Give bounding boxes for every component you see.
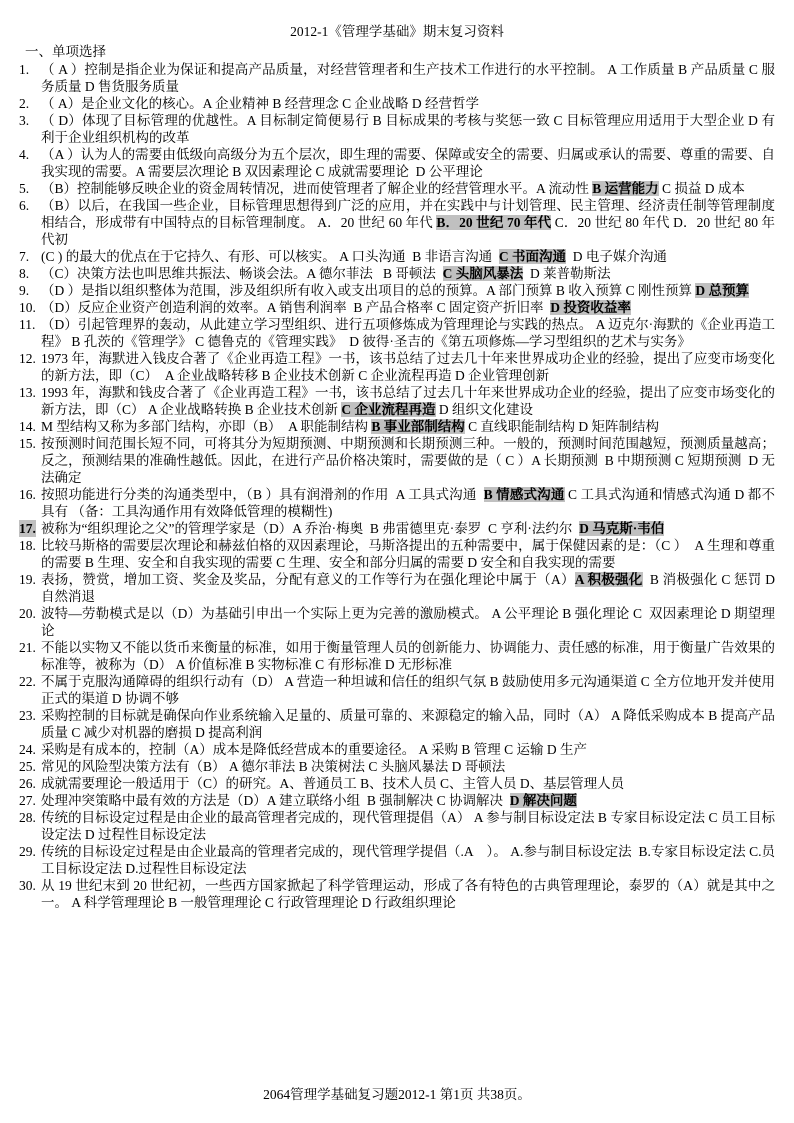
question-text: （B）以后，在我国一些企业，目标管理思想得到广泛的应用，并在实践中与计划管理、民… — [41, 198, 775, 247]
question-text: 不属于克服沟通障碍的组织行动有（D） A 营造一种坦诚和信任的组织气氛 B 鼓励… — [41, 674, 775, 706]
question-text-segment: D 莱普勒斯法 — [523, 266, 610, 281]
question-text: 比较马斯格的需要层次理论和赫兹伯格的双因素理论，马斯洛提出的五种需要中，属于保健… — [41, 538, 775, 570]
question-text-segment: （B）控制能够反映企业的资金周转情况，进而使管理者了解企业的经营管理水平。A 流… — [41, 181, 592, 196]
question-text: 传统的目标设定过程是由企业的最高管理者完成的，现代管理提倡（A） A 参与制目标… — [41, 810, 775, 842]
question-item: 25.常见的风险型决策方法有（B） A 德尔菲法 B 决策树法 C 头脑风暴法 … — [19, 758, 775, 775]
question-text-segment: 处理冲突策略中最有效的方法是（D）A 建立联络小组 B 强制解决 C 协调解决 — [41, 793, 510, 808]
question-text: 常见的风险型决策方法有（B） A 德尔菲法 B 决策树法 C 头脑风暴法 D 哥… — [41, 759, 505, 774]
question-text-segment: M 型结构又称为多部门结构，亦即（B） A 职能制结构 — [41, 419, 371, 434]
question-text-segment: 按预测时间范围长短不同，可将其分为短期预测、中期预测和长期预测三种。一般的，预测… — [41, 436, 775, 485]
question-item: 17.被称为“组织理论之父”的管理学家是（D）A 乔治·梅奥 B 弗雷德里克·泰… — [19, 520, 775, 537]
question-number: 16. — [19, 486, 36, 503]
question-item: 21.不能以实物又不能以货币来衡量的标准，如用于衡量管理人员的创新能力、协调能力… — [19, 639, 775, 673]
question-text-segment: 按照功能进行分类的沟通类型中，（B ）具有润滑剂的作用 A 工具式沟通 — [41, 487, 484, 502]
question-item: 7.(C ) 的最大的优点在于它持久、有形、可以核实。 A 口头沟通 B 非语言… — [19, 248, 775, 265]
question-text: （D ）是指以组织整体为范围，涉及组织所有收入或支出项目的总的预算。A 部门预算… — [41, 283, 749, 298]
question-number: 18. — [19, 537, 36, 554]
question-number: 4. — [19, 146, 29, 163]
question-number: 24. — [19, 741, 36, 758]
question-item: 20.波特—劳勒模式是以（D）为基础引申出一个实际上更为完善的激励模式。 A 公… — [19, 605, 775, 639]
question-text: （ D）体现了目标管理的优越性。A 目标制定简便易行 B 目标成果的考核与奖惩一… — [41, 113, 775, 145]
question-number: 15. — [19, 435, 36, 452]
highlighted-answer: B 事业部制结构 — [371, 419, 464, 434]
question-text-segment: 常见的风险型决策方法有（B） A 德尔菲法 B 决策树法 C 头脑风暴法 D 哥… — [41, 759, 505, 774]
highlighted-answer: C 企业流程再造 — [341, 402, 435, 417]
question-number: 5. — [19, 180, 29, 197]
question-item: 19.表扬，赞赏，增加工资、奖金及奖品，分配有意义的工作等行为在强化理论中属于（… — [19, 571, 775, 605]
question-text-segment: （ A）是企业文化的核心。A 企业精神 B 经营理念 C 企业战略 D 经营哲学 — [41, 96, 479, 111]
question-number: 9. — [19, 282, 29, 299]
question-item: 14.M 型结构又称为多部门结构，亦即（B） A 职能制结构 B 事业部制结构 … — [19, 418, 775, 435]
highlighted-answer: D 解决问题 — [510, 793, 577, 808]
question-text: 波特—劳勒模式是以（D）为基础引申出一个实际上更为完善的激励模式。 A 公平理论… — [41, 606, 775, 638]
question-number: 21. — [19, 639, 36, 656]
question-text: 采购控制的目标就是确保向作业系统输入足量的、质量可靠的、来源稳定的输入品，同时（… — [41, 708, 775, 740]
question-number: 13. — [19, 384, 36, 401]
question-text-segment: 不能以实物又不能以货币来衡量的标准，如用于衡量管理人员的创新能力、协调能力、责任… — [41, 640, 775, 672]
question-text-segment: C 直线职能制结构 D 矩阵制结构 — [465, 419, 659, 434]
question-text-segment: 传统的目标设定过程是由企业的最高管理者完成的，现代管理提倡（A） A 参与制目标… — [41, 810, 775, 842]
question-text: （ A ）控制是指企业为保证和提高产品质量，对经营管理者和生产技术工作进行的水平… — [41, 62, 775, 94]
question-text-segment: 采购是有成本的，控制（A）成本是降低经营成本的重要途径。 A 采购 B 管理 C… — [41, 742, 587, 757]
question-item: 8.（C）决策方法也叫思维共振法、畅谈会法。A 德尔菲法 B 哥顿法 C 头脑风… — [19, 265, 775, 282]
question-text: 从 19 世纪末到 20 世纪初，一些西方国家掀起了科学管理运动，形成了各有特色… — [41, 878, 775, 910]
question-text: 采购是有成本的，控制（A）成本是降低经营成本的重要途径。 A 采购 B 管理 C… — [41, 742, 587, 757]
question-item: 1.（ A ）控制是指企业为保证和提高产品质量，对经营管理者和生产技术工作进行的… — [19, 61, 775, 95]
question-text-segment: （D）反应企业资产创造利润的效率。A 销售利润率 B 产品合格率 C 固定资产折… — [41, 300, 550, 315]
question-text-segment: 被称为“组织理论之父”的管理学家是（D）A 乔治·梅奥 B 弗雷德里克·泰罗 C… — [41, 521, 579, 536]
question-item: 23.采购控制的目标就是确保向作业系统输入足量的、质量可靠的、来源稳定的输入品，… — [19, 707, 775, 741]
question-text-segment: 从 19 世纪末到 20 世纪初，一些西方国家掀起了科学管理运动，形成了各有特色… — [41, 878, 775, 910]
highlighted-answer: D 马克斯·韦伯 — [579, 521, 664, 536]
question-text-segment: (C ) 的最大的优点在于它持久、有形、可以核实。 A 口头沟通 B 非语言沟通 — [41, 249, 499, 264]
question-number: 1. — [19, 61, 29, 78]
question-number: 11. — [19, 316, 35, 333]
highlighted-answer: C 书面沟通 — [499, 249, 566, 264]
question-number: 22. — [19, 673, 36, 690]
question-number: 8. — [19, 265, 29, 282]
question-item: 15.按预测时间范围长短不同，可将其分为短期预测、中期预测和长期预测三种。一般的… — [19, 435, 775, 486]
question-number: 2. — [19, 95, 29, 112]
document-page: 2012-1《管理学基础》期末复习资料 一、单项选择 1.（ A ）控制是指企业… — [0, 0, 794, 1123]
question-text: 1973 年，海默进入钱皮合著了《企业再造工程》一书，该书总结了过去几十年来世界… — [41, 351, 775, 383]
question-number: 28. — [19, 809, 36, 826]
question-text: 按预测时间范围长短不同，可将其分为短期预测、中期预测和长期预测三种。一般的，预测… — [41, 436, 775, 485]
question-text-segment: 成就需要理论一般适用于（C）的研究。A、普通员工 B、技术人员 C、主管人员 D… — [41, 776, 624, 791]
question-text-segment: 传统的目标设定过程是由企业最高的管理者完成的，现代管理学提倡（.A ）。 A.参… — [41, 844, 775, 876]
question-item: 24.采购是有成本的，控制（A）成本是降低经营成本的重要途径。 A 采购 B 管… — [19, 741, 775, 758]
question-item: 16.按照功能进行分类的沟通类型中，（B ）具有润滑剂的作用 A 工具式沟通 B… — [19, 486, 775, 520]
question-text-segment: 波特—劳勒模式是以（D）为基础引申出一个实际上更为完善的激励模式。 A 公平理论… — [41, 606, 775, 638]
section-heading: 一、单项选择 — [25, 43, 775, 60]
question-text-segment: （C）决策方法也叫思维共振法、畅谈会法。A 德尔菲法 B 哥顿法 — [41, 266, 443, 281]
question-text: 成就需要理论一般适用于（C）的研究。A、普通员工 B、技术人员 C、主管人员 D… — [41, 776, 624, 791]
question-item: 9.（D ）是指以组织整体为范围，涉及组织所有收入或支出项目的总的预算。A 部门… — [19, 282, 775, 299]
question-item: 22.不属于克服沟通障碍的组织行动有（D） A 营造一种坦诚和信任的组织气氛 B… — [19, 673, 775, 707]
question-item: 5.（B）控制能够反映企业的资金周转情况，进而使管理者了解企业的经营管理水平。A… — [19, 180, 775, 197]
question-number: 30. — [19, 877, 36, 894]
question-text-segment: （A ）认为人的需要由低级向高级分为五个层次，即生理的需要、保障或安全的需要、归… — [41, 147, 775, 179]
question-number: 10. — [19, 299, 36, 316]
question-item: 29.传统的目标设定过程是由企业最高的管理者完成的，现代管理学提倡（.A ）。 … — [19, 843, 775, 877]
question-item: 3.（ D）体现了目标管理的优越性。A 目标制定简便易行 B 目标成果的考核与奖… — [19, 112, 775, 146]
question-text: 1993 年，海默和钱皮合著了《企业再造工程》一书，该书总结了过去几十年来世界成… — [41, 385, 775, 417]
question-text: 传统的目标设定过程是由企业最高的管理者完成的，现代管理学提倡（.A ）。 A.参… — [41, 844, 775, 876]
question-number: 3. — [19, 112, 29, 129]
question-list: 1.（ A ）控制是指企业为保证和提高产品质量，对经营管理者和生产技术工作进行的… — [19, 61, 775, 911]
question-item: 28.传统的目标设定过程是由企业的最高管理者完成的，现代管理提倡（A） A 参与… — [19, 809, 775, 843]
question-number: 29. — [19, 843, 36, 860]
question-text-segment: 不属于克服沟通障碍的组织行动有（D） A 营造一种坦诚和信任的组织气氛 B 鼓励… — [41, 674, 775, 706]
highlighted-answer: C 头脑风暴法 — [443, 266, 524, 281]
question-item: 4.（A ）认为人的需要由低级向高级分为五个层次，即生理的需要、保障或安全的需要… — [19, 146, 775, 180]
question-text: （A ）认为人的需要由低级向高级分为五个层次，即生理的需要、保障或安全的需要、归… — [41, 147, 775, 179]
question-number: 12. — [19, 350, 36, 367]
question-text: 表扬，赞赏，增加工资、奖金及奖品，分配有意义的工作等行为在强化理论中属于（A）A… — [41, 572, 778, 604]
highlighted-answer: A 积极强化 — [575, 572, 643, 587]
question-number: 27. — [19, 792, 36, 809]
question-number: 14. — [19, 418, 36, 435]
highlighted-answer: B 运营能力 — [592, 181, 658, 196]
question-text-segment: （ A ）控制是指企业为保证和提高产品质量，对经营管理者和生产技术工作进行的水平… — [41, 62, 775, 94]
question-item: 6.（B）以后，在我国一些企业，目标管理思想得到广泛的应用，并在实践中与计划管理… — [19, 197, 775, 248]
highlighted-answer: D 投资收益率 — [550, 300, 631, 315]
question-text: 不能以实物又不能以货币来衡量的标准，如用于衡量管理人员的创新能力、协调能力、责任… — [41, 640, 775, 672]
question-item: 13.1993 年，海默和钱皮合著了《企业再造工程》一书，该书总结了过去几十年来… — [19, 384, 775, 418]
question-text-segment: 1973 年，海默进入钱皮合著了《企业再造工程》一书，该书总结了过去几十年来世界… — [41, 351, 775, 383]
highlighted-answer: B．20 世纪 70 年代 — [436, 215, 551, 230]
question-text-segment: （ D）体现了目标管理的优越性。A 目标制定简便易行 B 目标成果的考核与奖惩一… — [41, 113, 775, 145]
question-text: 被称为“组织理论之父”的管理学家是（D）A 乔治·梅奥 B 弗雷德里克·泰罗 C… — [41, 521, 664, 536]
question-item: 18.比较马斯格的需要层次理论和赫兹伯格的双因素理论，马斯洛提出的五种需要中，属… — [19, 537, 775, 571]
question-item: 27.处理冲突策略中最有效的方法是（D）A 建立联络小组 B 强制解决 C 协调… — [19, 792, 775, 809]
question-text: （ A）是企业文化的核心。A 企业精神 B 经营理念 C 企业战略 D 经营哲学 — [41, 96, 479, 111]
question-text-segment: 表扬，赞赏，增加工资、奖金及奖品，分配有意义的工作等行为在强化理论中属于（A） — [41, 572, 575, 587]
page-footer: 2064管理学基础复习题2012-1 第1页 共38页。 — [0, 1086, 794, 1103]
question-text-segment: （D ）是指以组织整体为范围，涉及组织所有收入或支出项目的总的预算。A 部门预算… — [41, 283, 695, 298]
question-text: （D）反应企业资产创造利润的效率。A 销售利润率 B 产品合格率 C 固定资产折… — [41, 300, 631, 315]
question-text-segment: 比较马斯格的需要层次理论和赫兹伯格的双因素理论，马斯洛提出的五种需要中，属于保健… — [41, 538, 775, 570]
question-number: 7. — [19, 248, 29, 265]
question-number: 6. — [19, 197, 29, 214]
page-title: 2012-1《管理学基础》期末复习资料 — [19, 23, 775, 40]
question-item: 11.（D）引起管理界的轰动，从此建立学习型组织、进行五项修炼成为管理理论与实践… — [19, 316, 775, 350]
highlighted-answer: D 总预算 — [695, 283, 749, 298]
question-text-segment: 采购控制的目标就是确保向作业系统输入足量的、质量可靠的、来源稳定的输入品，同时（… — [41, 708, 775, 740]
question-text-segment: D 组织文化建设 — [436, 402, 534, 417]
highlighted-answer: B 情感式沟通 — [484, 487, 565, 502]
question-text-segment: C 损益 D 成本 — [659, 181, 745, 196]
question-number: 20. — [19, 605, 36, 622]
question-number: 23. — [19, 707, 36, 724]
question-text: （B）控制能够反映企业的资金周转情况，进而使管理者了解企业的经营管理水平。A 流… — [41, 181, 745, 196]
question-text: (C ) 的最大的优点在于它持久、有形、可以核实。 A 口头沟通 B 非语言沟通… — [41, 249, 667, 264]
question-text-segment: D 电子媒介沟通 — [566, 249, 667, 264]
question-number: 17. — [19, 520, 36, 537]
question-item: 30.从 19 世纪末到 20 世纪初，一些西方国家掀起了科学管理运动，形成了各… — [19, 877, 775, 911]
question-item: 2.（ A）是企业文化的核心。A 企业精神 B 经营理念 C 企业战略 D 经营… — [19, 95, 775, 112]
question-text: （D）引起管理界的轰动，从此建立学习型组织、进行五项修炼成为管理理论与实践的热点… — [41, 317, 775, 349]
question-number: 19. — [19, 571, 36, 588]
question-number: 25. — [19, 758, 36, 775]
question-item: 12.1973 年，海默进入钱皮合著了《企业再造工程》一书，该书总结了过去几十年… — [19, 350, 775, 384]
question-item: 26.成就需要理论一般适用于（C）的研究。A、普通员工 B、技术人员 C、主管人… — [19, 775, 775, 792]
question-item: 10.（D）反应企业资产创造利润的效率。A 销售利润率 B 产品合格率 C 固定… — [19, 299, 775, 316]
question-text-segment: （D）引起管理界的轰动，从此建立学习型组织、进行五项修炼成为管理理论与实践的热点… — [41, 317, 775, 349]
question-text: M 型结构又称为多部门结构，亦即（B） A 职能制结构 B 事业部制结构 C 直… — [41, 419, 659, 434]
question-text: （C）决策方法也叫思维共振法、畅谈会法。A 德尔菲法 B 哥顿法 C 头脑风暴法… — [41, 266, 611, 281]
question-text: 按照功能进行分类的沟通类型中，（B ）具有润滑剂的作用 A 工具式沟通 B 情感… — [41, 487, 775, 519]
question-number: 26. — [19, 775, 36, 792]
question-text: 处理冲突策略中最有效的方法是（D）A 建立联络小组 B 强制解决 C 协调解决 … — [41, 793, 577, 808]
